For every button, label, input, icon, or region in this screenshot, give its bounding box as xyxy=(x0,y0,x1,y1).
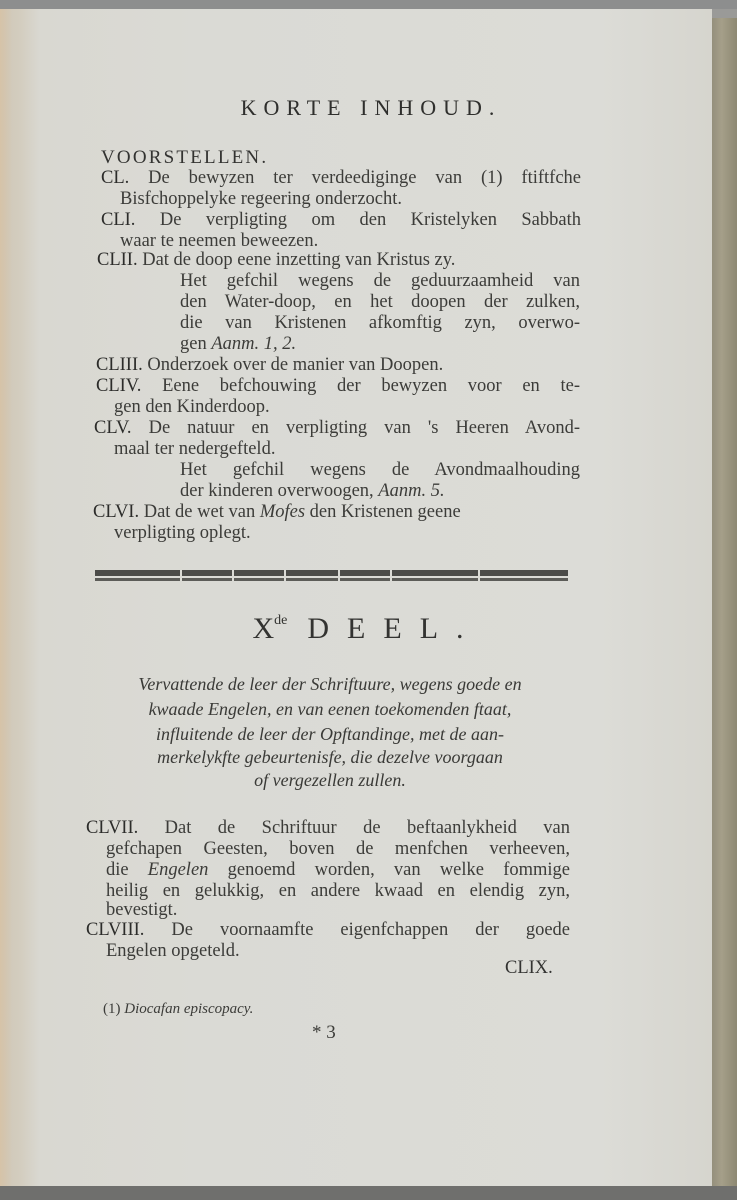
note-line: die van Kristenen afkomftig zyn, overwo- xyxy=(180,313,580,333)
scan-background-bottom xyxy=(0,1186,737,1200)
italic-name: Mofes xyxy=(260,502,305,522)
proposition-text: De voornaamfte eigenfchappen der goede xyxy=(171,920,570,940)
proposition-number: CLVIII. xyxy=(86,920,144,940)
part-numeral: X xyxy=(252,612,274,645)
proposition-clvii-cont: gefchapen Geesten, boven de menfchen ver… xyxy=(106,839,570,859)
proposition-text: De bewyzen ter verdeediginge van (1) fti… xyxy=(148,168,581,188)
part-subtitle-line: kwaade Engelen, en van eenen toekomenden… xyxy=(90,697,570,722)
annotation-reference: Aanm. 5. xyxy=(378,481,444,501)
proposition-clv: CLV. De natuur en verpligting van 's Hee… xyxy=(94,418,580,438)
note-line: gen Aanm. 1, 2. xyxy=(180,334,296,354)
part-superscript: de xyxy=(274,613,287,628)
proposition-clii: CLII. Dat de doop eene inzetting van Kri… xyxy=(97,250,455,270)
proposition-clv-cont: maal ter nedergefteld. xyxy=(114,439,275,459)
proposition-cl: CL. De bewyzen ter verdeediginge van (1)… xyxy=(101,168,581,188)
page-gutter-shadow xyxy=(0,9,12,1186)
proposition-text: De natuur en verpligting van 's Heeren A… xyxy=(149,418,580,438)
footnote: (1) Diocafan episcopacy. xyxy=(103,1001,253,1018)
proposition-clvii-cont: bevestigt. xyxy=(106,900,177,920)
signature-mark: * 3 xyxy=(312,1022,336,1044)
book-spine-edge xyxy=(709,18,737,1190)
note-line: Het gefchil wegens de Avondmaalhouding xyxy=(180,460,580,480)
note-line: der kinderen overwoogen, Aanm. 5. xyxy=(180,481,445,501)
proposition-cli-cont: waar te neemen beweezen. xyxy=(120,231,318,251)
proposition-cliv-cont: gen den Kinderdoop. xyxy=(114,397,270,417)
proposition-clvii-cont: heilig en gelukkig, en andere kwaad en e… xyxy=(106,881,570,901)
proposition-clvii: CLVII. Dat de Schriftuur de beftaanlykhe… xyxy=(86,818,570,838)
proposition-clvi: CLVI. Dat de wet van Mofes den Kristenen… xyxy=(93,502,461,522)
proposition-text: Onderzoek over de manier van Doopen. xyxy=(147,355,443,375)
proposition-clvi-cont: verpligting oplegt. xyxy=(114,523,251,543)
section-label: VOORSTELLEN. xyxy=(101,147,268,169)
proposition-number: CL. xyxy=(101,168,129,188)
part-subtitle-line: merkelykfte gebeurtenisfe, die dezelve v… xyxy=(90,745,570,770)
note-line: Het gefchil wegens de geduurzaamheid van xyxy=(180,271,580,291)
proposition-text: De verpligting om den Kristelyken Sabbat… xyxy=(160,210,581,230)
proposition-clviii: CLVIII. De voornaamfte eigenfchappen der… xyxy=(86,920,570,940)
italic-term: Engelen xyxy=(148,860,209,880)
proposition-number: CLIV. xyxy=(96,376,141,396)
footnote-text: Diocafan episcopacy. xyxy=(124,1001,253,1017)
proposition-number: CLIII. xyxy=(96,355,143,375)
scan-background-top xyxy=(0,0,737,9)
proposition-number: CLII. xyxy=(97,250,138,270)
part-title: XdeDEEL. xyxy=(0,612,712,646)
proposition-cliii: CLIII. Onderzoek over de manier van Doop… xyxy=(96,355,443,375)
part-subtitle-line: of vergezellen zullen. xyxy=(90,768,570,793)
proposition-text: Dat de doop eene inzetting van Kristus z… xyxy=(142,250,455,270)
footnote-marker: (1) xyxy=(103,1001,121,1017)
proposition-clviii-cont: Engelen opgeteld. xyxy=(106,941,240,961)
proposition-cli: CLI. De verpligting om den Kristelyken S… xyxy=(101,210,581,230)
proposition-cliv: CLIV. Eene befchouwing der bewyzen voor … xyxy=(96,376,580,396)
catchword: CLIX. xyxy=(505,958,553,979)
part-subtitle-line: Vervattende de leer der Schriftuure, weg… xyxy=(90,672,570,697)
proposition-text: Eene befchouwing der bewyzen voor en te- xyxy=(162,376,580,396)
proposition-clvii-cont: die Engelen genoemd worden, van welke fo… xyxy=(106,860,570,880)
proposition-number: CLVI. xyxy=(93,502,139,522)
note-line: den Water-doop, en het doopen der zulken… xyxy=(180,292,580,312)
proposition-number: CLVII. xyxy=(86,818,138,838)
proposition-number: CLI. xyxy=(101,210,135,230)
proposition-cl-cont: Bisfchoppelyke regeering onderzocht. xyxy=(120,189,402,209)
proposition-text: Dat de Schriftuur de beftaanlykheid van xyxy=(165,818,570,838)
part-subtitle-line: influitende de leer der Opftandinge, met… xyxy=(90,722,570,747)
annotation-reference: Aanm. 1, 2. xyxy=(211,334,296,354)
part-word: DEEL. xyxy=(307,612,481,645)
ornamental-rule xyxy=(95,570,570,582)
running-head: KORTE INHOUD. xyxy=(0,95,712,121)
proposition-number: CLV. xyxy=(94,418,132,438)
